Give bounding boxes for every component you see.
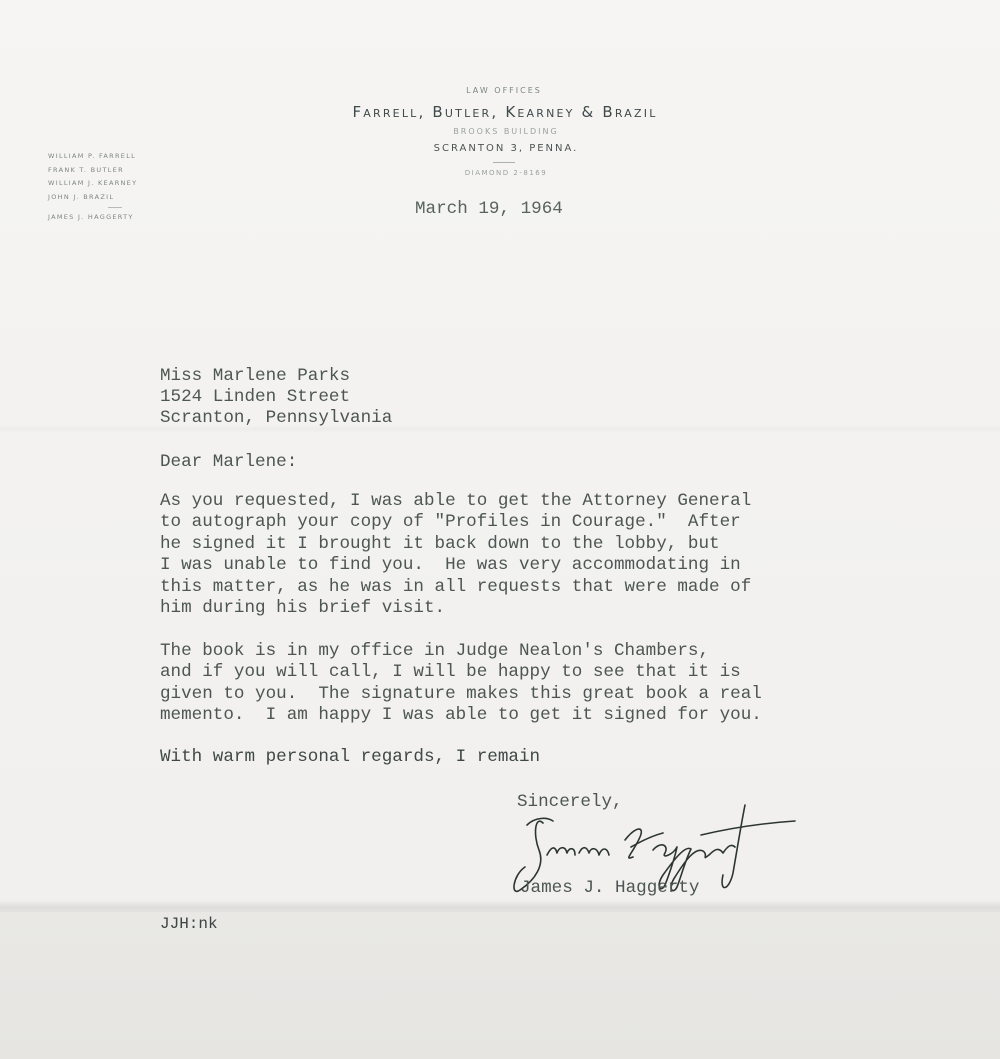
reference-initials: JJH:nk xyxy=(160,915,218,933)
salutation: Dear Marlene: xyxy=(160,452,297,472)
letter-page: LAW OFFICES Farrell, Butler, Kearney & B… xyxy=(0,0,1000,1059)
recipient-street: 1524 Linden Street xyxy=(160,387,392,408)
partner-divider xyxy=(108,207,122,208)
associate-name: JAMES J. HAGGERTY xyxy=(48,211,137,225)
fold-crease xyxy=(0,425,1000,433)
signer-name: James J. Haggerty xyxy=(520,878,700,898)
recipient-name: Miss Marlene Parks xyxy=(160,366,392,387)
fold-crease xyxy=(0,900,1000,912)
partner-name: WILLIAM P. FARRELL xyxy=(48,150,137,164)
letterhead-phone: DIAMOND 2-8169 xyxy=(6,169,1000,177)
body-paragraph-2: The book is in my office in Judge Nealon… xyxy=(160,641,762,727)
partner-name: JOHN J. BRAZIL xyxy=(48,191,137,205)
closing-line: With warm personal regards, I remain xyxy=(160,747,540,767)
recipient-city: Scranton, Pennsylvania xyxy=(160,408,392,429)
recipient-address: Miss Marlene Parks 1524 Linden Street Sc… xyxy=(160,366,392,429)
letterhead-building: BROOKS BUILDING xyxy=(6,127,1000,136)
letterhead-city: SCRANTON 3, PENNA. xyxy=(0,143,1000,154)
partner-name: FRANK T. BUTLER xyxy=(48,164,137,178)
letterhead-label: LAW OFFICES xyxy=(4,86,1000,95)
body-paragraph-1: As you requested, I was able to get the … xyxy=(160,491,751,619)
partner-list: WILLIAM P. FARRELL FRANK T. BUTLER WILLI… xyxy=(48,150,137,225)
firm-name: Farrell, Butler, Kearney & Brazil xyxy=(300,103,710,121)
letter-date: March 19, 1964 xyxy=(415,199,563,219)
partner-name: WILLIAM J. KEARNEY xyxy=(48,177,137,191)
letterhead-divider xyxy=(493,162,515,163)
